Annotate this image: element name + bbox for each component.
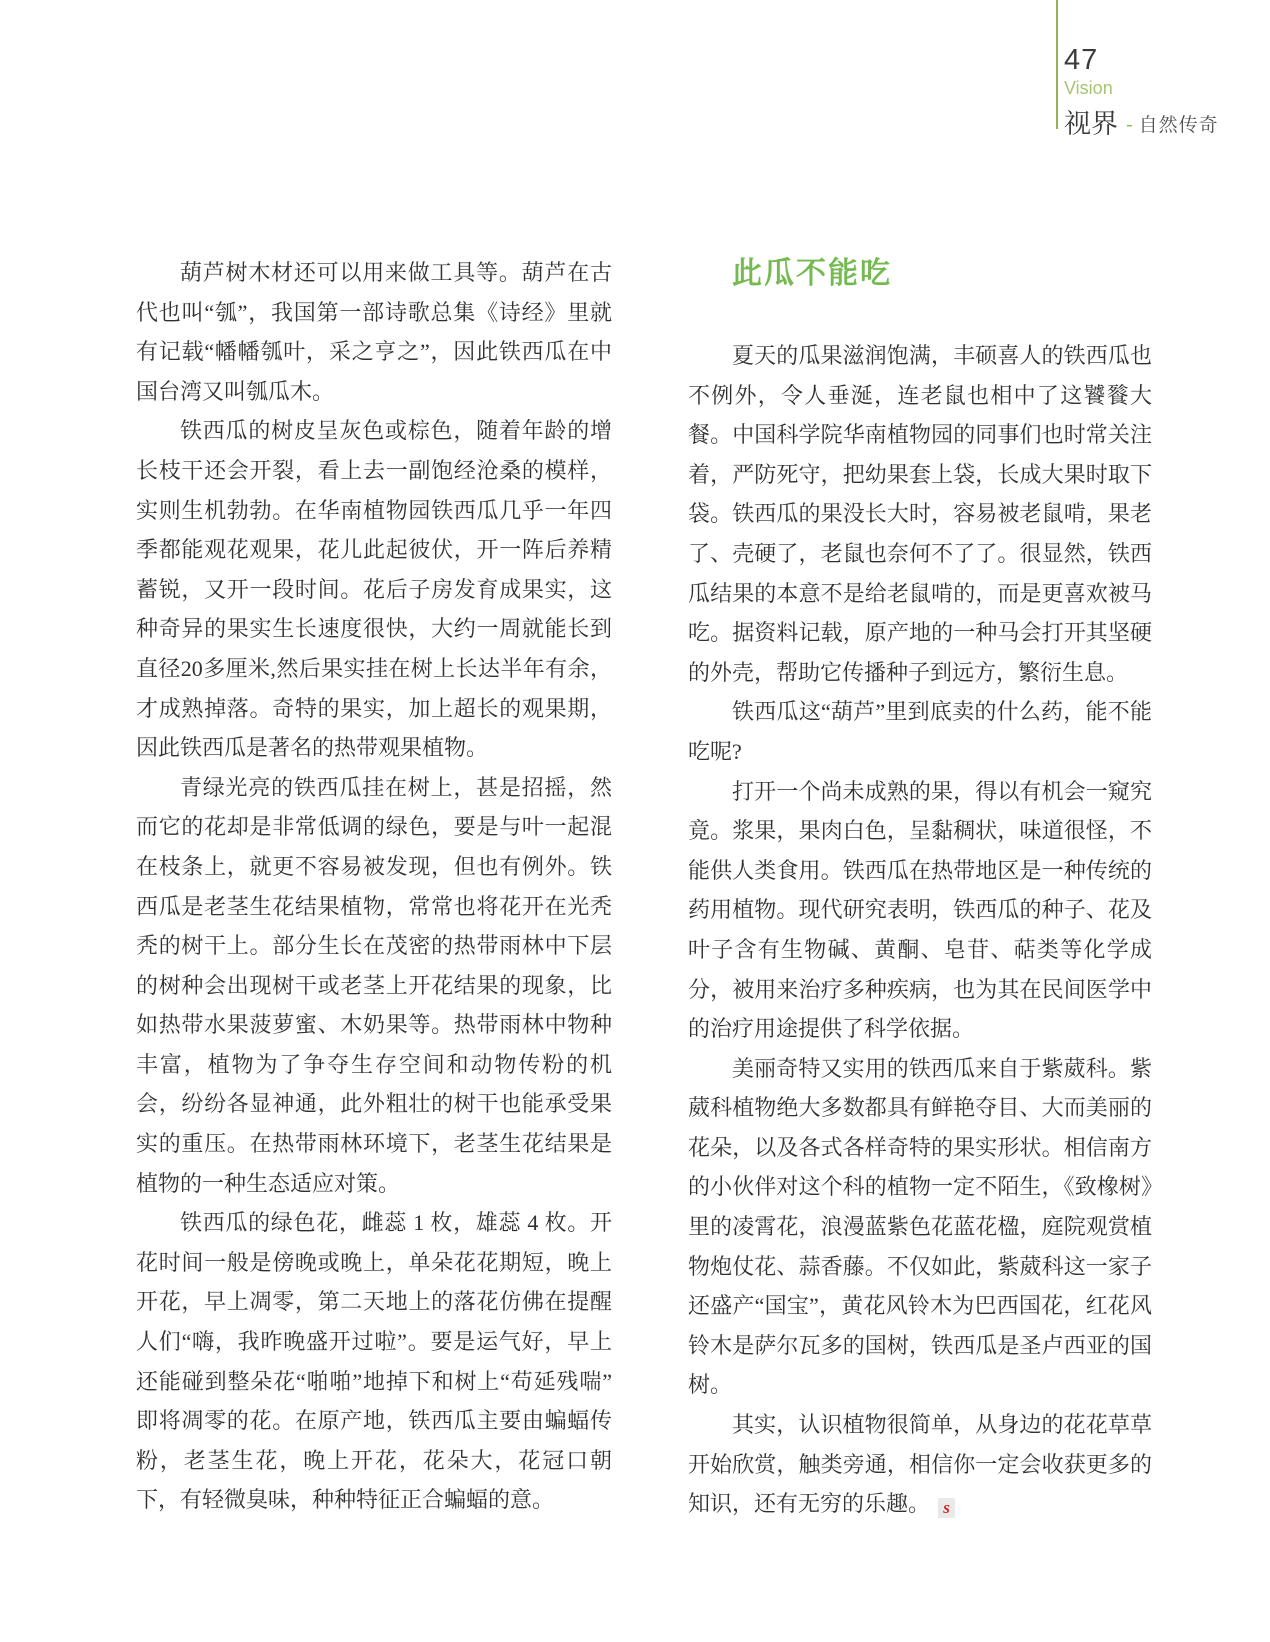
paragraph: 夏天的瓜果滋润饱满，丰硕喜人的铁西瓜也不例外，令人垂涎，连老鼠也相中了这饕餮大餐… [688, 336, 1152, 692]
section-subtitle: 自然传奇 [1139, 115, 1219, 136]
page-number: 47 [1064, 44, 1219, 76]
left-column: 葫芦树木材还可以用来做工具等。葫芦在古代也叫“瓠”，我国第一部诗歌总集《诗经》里… [136, 253, 612, 1520]
page-header: 47 Vision 视界-自然传奇 [1064, 44, 1219, 141]
paragraph: 葫芦树木材还可以用来做工具等。葫芦在古代也叫“瓠”，我国第一部诗歌总集《诗经》里… [136, 253, 612, 411]
section-dash: - [1126, 114, 1133, 136]
magazine-page: 47 Vision 视界-自然传奇 葫芦树木材还可以用来做工具等。葫芦在古代也叫… [0, 0, 1270, 1642]
paragraph: 青绿光亮的铁西瓜挂在树上，甚是招摇，然而它的花却是非常低调的绿色，要是与叶一起混… [136, 768, 612, 1204]
section-name-row: 视界-自然传奇 [1064, 102, 1219, 141]
section-name-cn: 视界 [1064, 109, 1118, 139]
paragraph: 铁西瓜的树皮呈灰色或棕色，随着年龄的增长枝干还会开裂，看上去一副饱经沧桑的模样，… [136, 411, 612, 767]
paragraph: 铁西瓜的绿色花，雌蕊 1 枚，雄蕊 4 枚。开花时间一般是傍晚或晚上，单朵花花期… [136, 1203, 612, 1520]
article-end-mark: s [938, 1498, 955, 1518]
paragraph: 铁西瓜这“葫芦”里到底卖的什么药，能不能吃呢? [688, 692, 1152, 771]
paragraph-text: 其实，认识植物很简单，从身边的花花草草开始欣赏，触类旁通，相信你一定会收获更多的… [688, 1412, 1152, 1516]
header-vertical-rule [1056, 0, 1058, 129]
paragraph: 打开一个尚未成熟的果，得以有机会一窥究竟。浆果，果肉白色，呈黏稠状，味道很怪，不… [688, 772, 1152, 1049]
paragraph: 其实，认识植物很简单，从身边的花花草草开始欣赏，触类旁通，相信你一定会收获更多的… [688, 1405, 1152, 1524]
paragraph: 美丽奇特又实用的铁西瓜来自于紫葳科。紫葳科植物绝大多数都具有鲜艳夺目、大而美丽的… [688, 1049, 1152, 1405]
section-name-en: Vision [1064, 77, 1219, 99]
right-column: 此瓜不能吃 夏天的瓜果滋润饱满，丰硕喜人的铁西瓜也不例外，令人垂涎，连老鼠也相中… [688, 253, 1152, 1524]
article-heading: 此瓜不能吃 [732, 257, 1152, 291]
